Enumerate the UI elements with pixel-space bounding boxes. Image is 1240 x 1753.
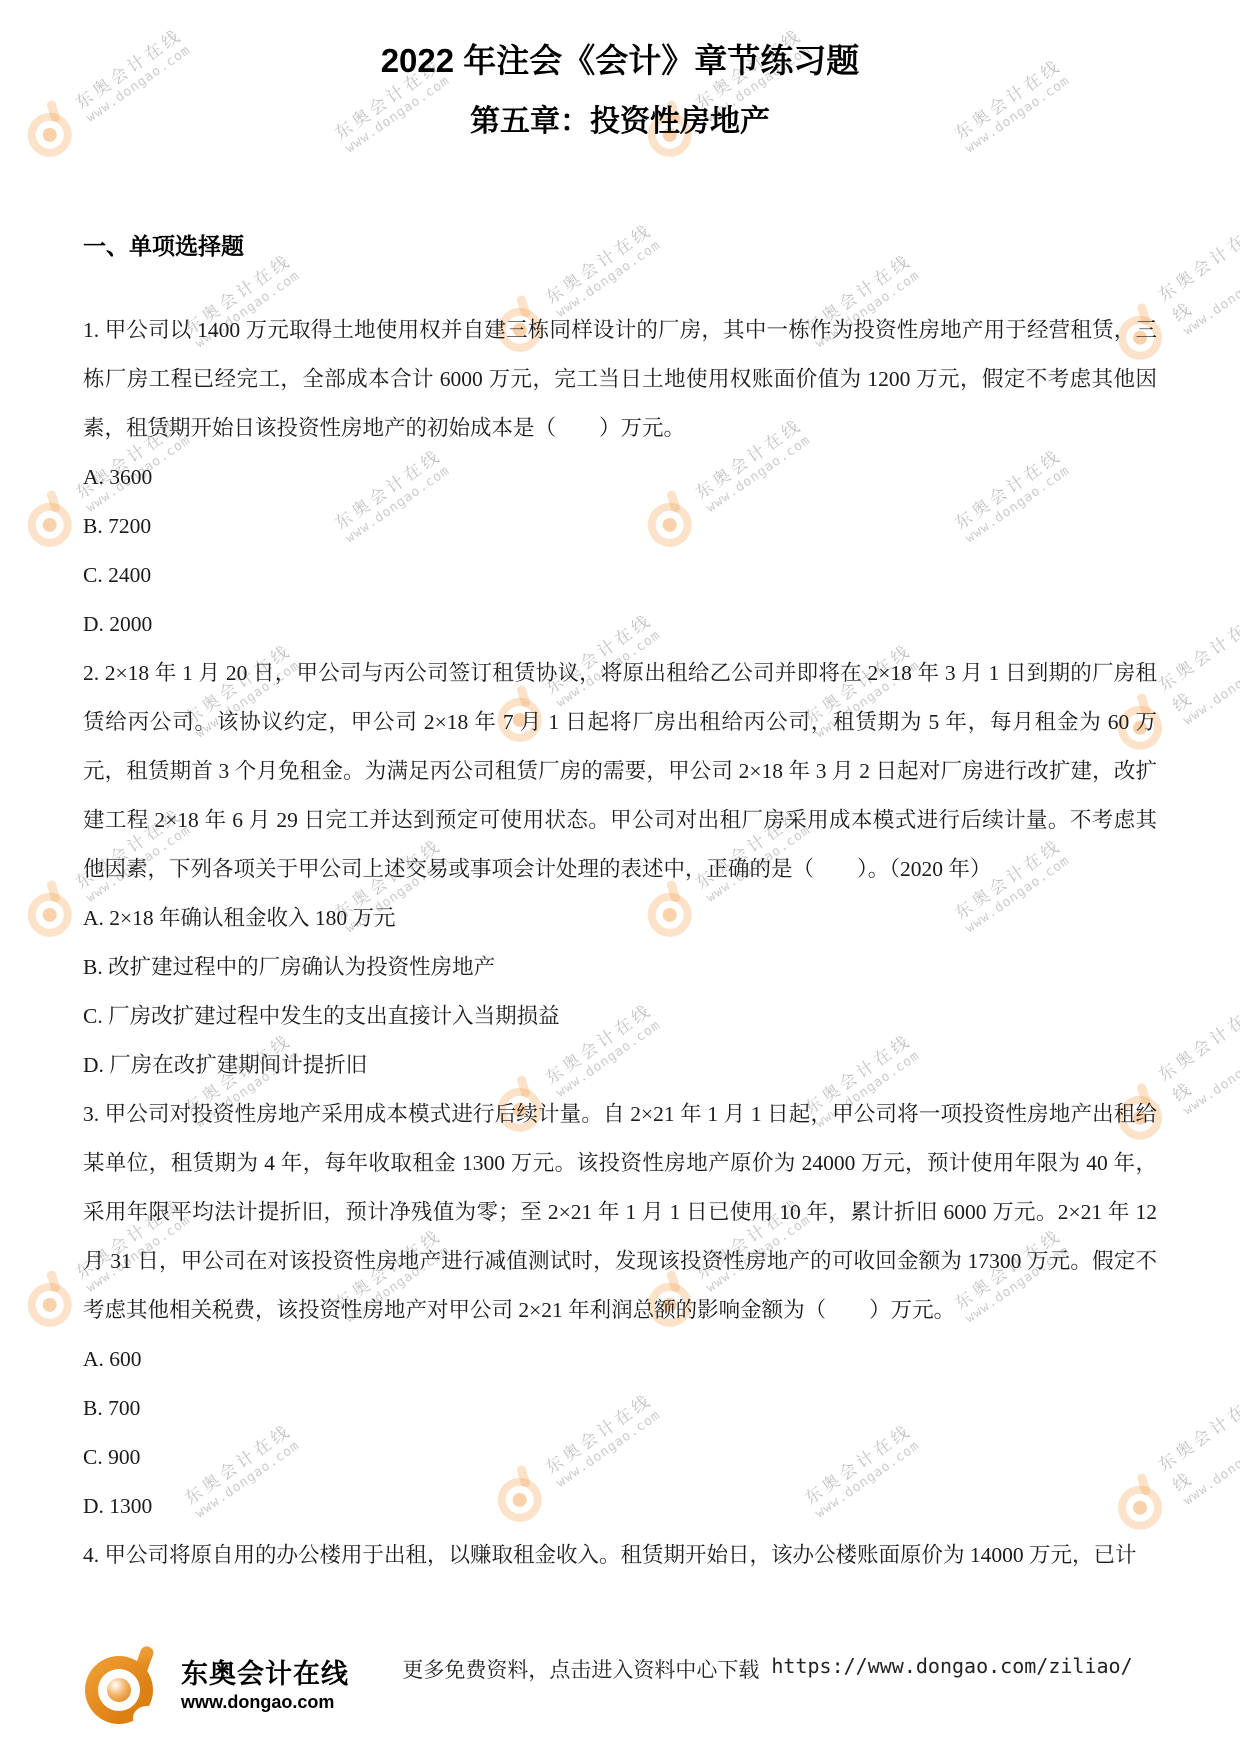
dongao-logo-icon (83, 1644, 171, 1728)
option-item: A. 2×18 年确认租金收入 180 万元 (83, 894, 1157, 943)
option-item: B. 700 (83, 1384, 1157, 1433)
brand-name: 东奥会计在线 (181, 1658, 349, 1690)
question-text: 1. 甲公司以 1400 万元取得土地使用权并自建三栋同样设计的厂房，其中一栋作… (83, 306, 1157, 453)
logo-hole-shape (98, 1669, 140, 1711)
question-text: 4. 甲公司将原自用的办公楼用于出租，以赚取租金收入。租赁期开始日，该办公楼账面… (83, 1531, 1157, 1580)
option-item: B. 改扩建过程中的厂房确认为投资性房地产 (83, 943, 1157, 992)
page-content: 2022 年注会《会计》章节练习题 第五章：投资性房地产 一、单项选择题 1. … (0, 0, 1240, 1753)
option-item: C. 厂房改扩建过程中发生的支出直接计入当期损益 (83, 992, 1157, 1041)
logo-ball-shape (107, 1678, 131, 1702)
brand-text: 东奥会计在线 www.dongao.com (181, 1658, 349, 1714)
question-list: 1. 甲公司以 1400 万元取得土地使用权并自建三栋同样设计的厂房，其中一栋作… (83, 306, 1157, 1580)
option-item: A. 3600 (83, 453, 1157, 502)
document-page: 东奥会计在线www.dongao.com东奥会计在线www.dongao.com… (0, 0, 1240, 1753)
page-footer: 东奥会计在线 www.dongao.com 更多免费资料，点击进入资料中心下载 … (83, 1644, 1157, 1744)
document-title: 2022 年注会《会计》章节练习题 (0, 42, 1240, 80)
footer-note-text: 更多免费资料，点击进入资料中心下载 (402, 1654, 759, 1684)
option-item: C. 2400 (83, 551, 1157, 600)
option-item: B. 7200 (83, 502, 1157, 551)
brand-site: www.dongao.com (181, 1690, 349, 1714)
option-item: A. 600 (83, 1335, 1157, 1384)
logo-notch-shape (133, 1706, 161, 1730)
option-item: D. 1300 (83, 1482, 1157, 1531)
chapter-subtitle: 第五章：投资性房地产 (0, 104, 1240, 140)
footer-note: 更多免费资料，点击进入资料中心下载 https://www.dongao.com… (378, 1644, 1157, 1684)
question-text: 3. 甲公司对投资性房地产采用成本模式进行后续计量。自 2×21 年 1 月 1… (83, 1090, 1157, 1335)
footer-download-link[interactable]: https://www.dongao.com/ziliao/ (771, 1654, 1132, 1678)
option-item: D. 2000 (83, 600, 1157, 649)
option-item: C. 900 (83, 1433, 1157, 1482)
brand-block: 东奥会计在线 www.dongao.com (83, 1644, 378, 1728)
section-heading: 一、单项选择题 (83, 230, 244, 262)
question-text: 2. 2×18 年 1 月 20 日，甲公司与丙公司签订租赁协议，将原出租给乙公… (83, 649, 1157, 894)
option-item: D. 厂房在改扩建期间计提折旧 (83, 1041, 1157, 1090)
